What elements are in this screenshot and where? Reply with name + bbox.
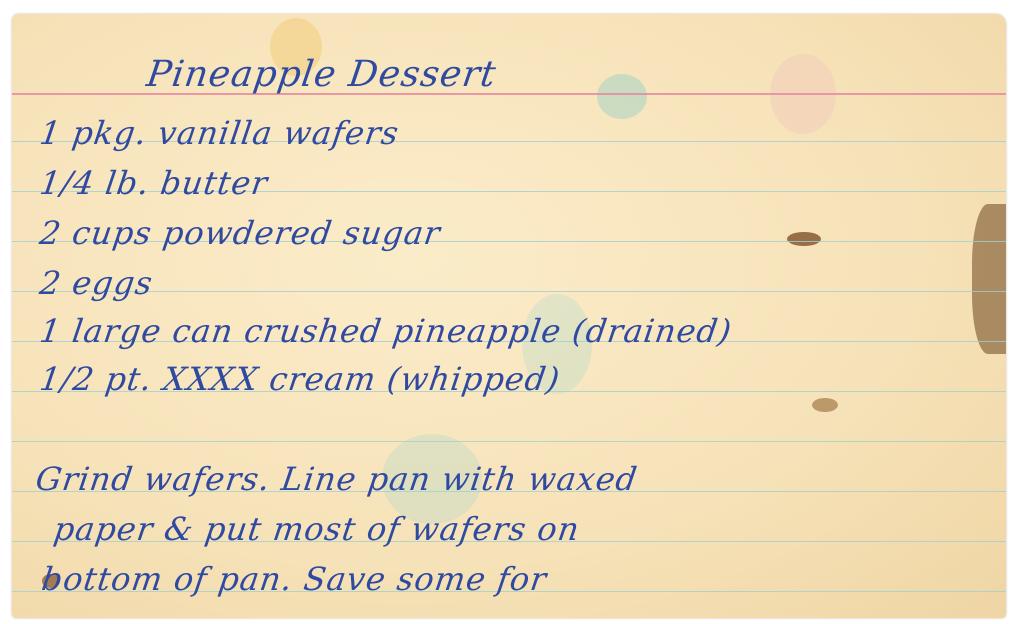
- instruction-line: paper & put most of wafers on: [51, 510, 582, 548]
- ingredient-line: 2 cups powdered sugar: [37, 214, 443, 252]
- recipe-card: Pineapple Dessert 1 pkg. vanilla wafers …: [12, 14, 1006, 618]
- ingredient-line: 1/2 pt. XXXX cream (whipped): [37, 360, 562, 398]
- brown-spot: [812, 398, 838, 412]
- ingredient-line: 1/4 lb. butter: [37, 164, 270, 202]
- rule-line: [12, 291, 1006, 292]
- ingredient-line: 1 pkg. vanilla wafers: [37, 114, 401, 152]
- ingredient-line: 1 large can crushed pineapple (drained): [37, 312, 734, 350]
- instruction-line: Grind wafers. Line pan with waxed: [33, 460, 640, 498]
- brown-stain: [972, 204, 1006, 354]
- ingredient-line: 2 eggs: [37, 264, 155, 302]
- recipe-title: Pineapple Dessert: [144, 54, 499, 95]
- water-stain: [597, 74, 647, 119]
- brown-spot: [787, 232, 821, 246]
- instruction-line: bottom of pan. Save some for: [39, 560, 549, 598]
- rule-line: [12, 441, 1006, 442]
